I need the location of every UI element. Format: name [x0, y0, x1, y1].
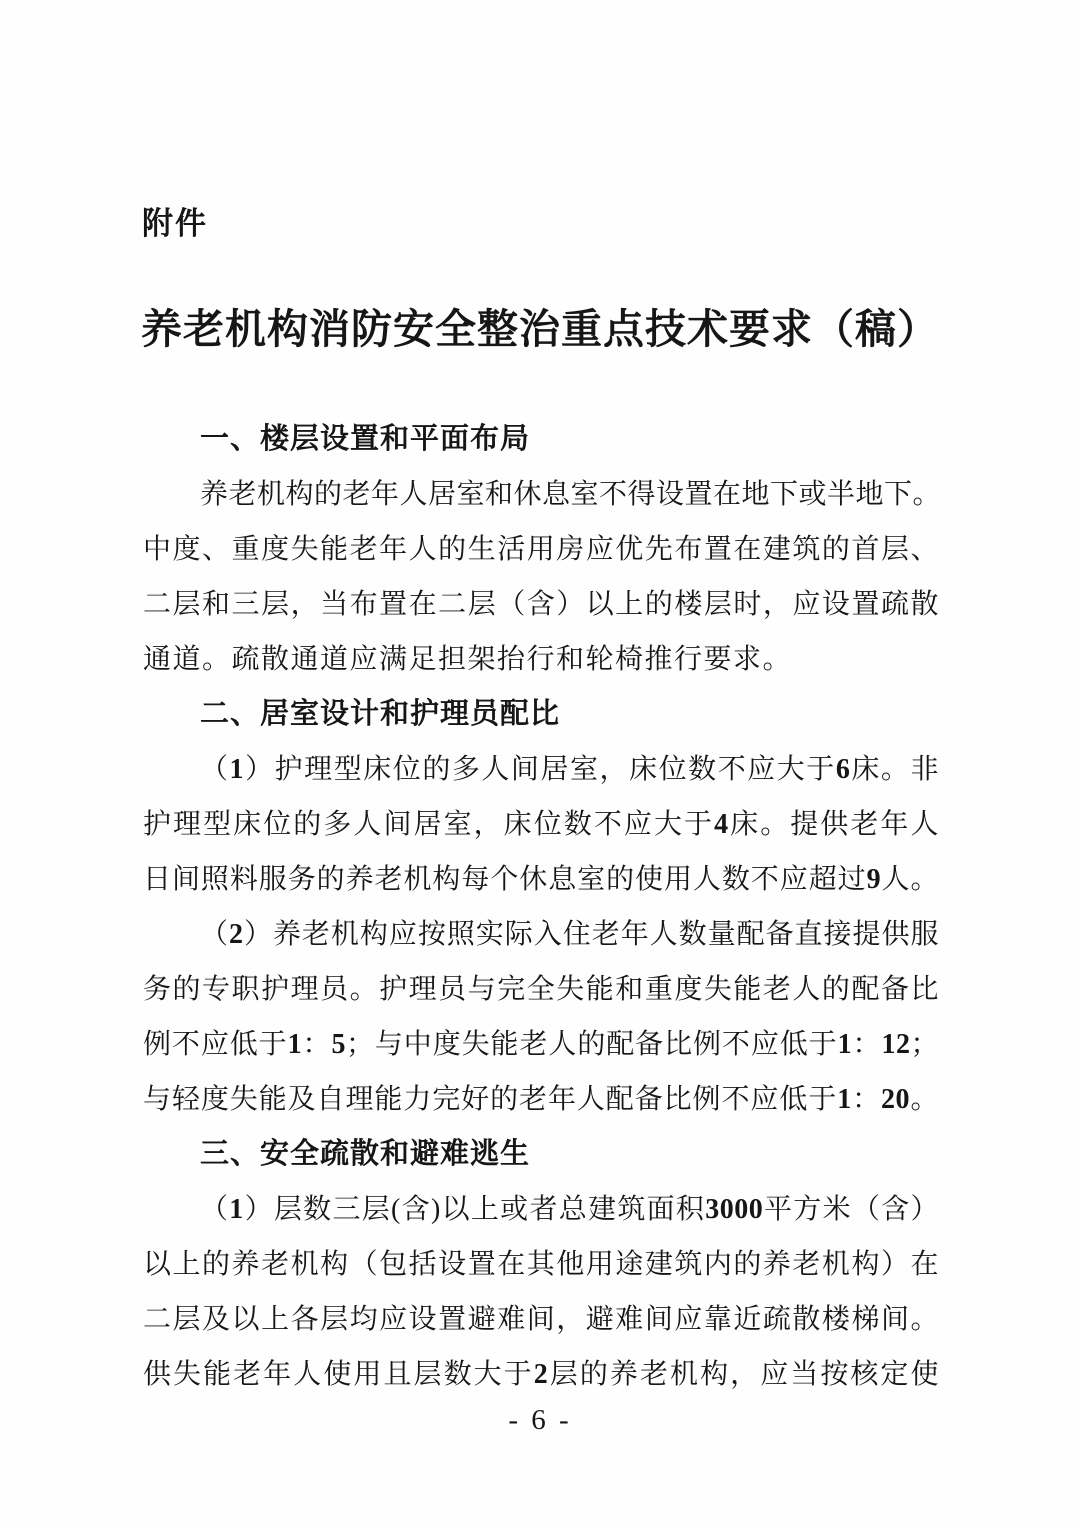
page-number: - 6 - [0, 1404, 1080, 1437]
section-heading-1: 一、楼层设置和平面布局 [143, 412, 939, 467]
paragraph-line: 以上的养老机构（包括设置在其他用途建筑内的养老机构）在 [143, 1237, 939, 1292]
paragraph-line: 通道。疏散通道应满足担架抬行和轮椅推行要求。 [143, 632, 939, 687]
attachment-label: 附件 [142, 198, 208, 243]
paragraph-line: 二层及以上各层均应设置避难间，避难间应靠近疏散楼梯间。 [143, 1292, 939, 1347]
paragraph-line: 养老机构的老年人居室和休息室不得设置在地下或半地下。 [143, 467, 939, 522]
document-body: 一、楼层设置和平面布局 养老机构的老年人居室和休息室不得设置在地下或半地下。 中… [143, 412, 939, 1402]
paragraph-line: 例不应低于1：5；与中度失能老人的配备比例不应低于1：12； [143, 1017, 939, 1072]
paragraph-line: （2）养老机构应按照实际入住老年人数量配备直接提供服 [143, 907, 939, 962]
document-title: 养老机构消防安全整治重点技术要求（稿） [0, 296, 1080, 355]
paragraph-line: （1）护理型床位的多人间居室，床位数不应大于6床。非 [143, 742, 939, 797]
paragraph-line: 务的专职护理员。护理员与完全失能和重度失能老人的配备比 [143, 962, 939, 1017]
paragraph-line: 与轻度失能及自理能力完好的老年人配备比例不应低于1：20。 [143, 1072, 939, 1127]
section-heading-3: 三、安全疏散和避难逃生 [143, 1127, 939, 1182]
paragraph-line: 护理型床位的多人间居室，床位数不应大于4床。提供老年人 [143, 797, 939, 852]
section-heading-2: 二、居室设计和护理员配比 [143, 687, 939, 742]
paragraph-line: 二层和三层，当布置在二层（含）以上的楼层时，应设置疏散 [143, 577, 939, 632]
paragraph-line: 日间照料服务的养老机构每个休息室的使用人数不应超过9人。 [143, 852, 939, 907]
paragraph-line: （1）层数三层(含)以上或者总建筑面积3000平方米（含） [143, 1182, 939, 1237]
document-page: 附件 养老机构消防安全整治重点技术要求（稿） 一、楼层设置和平面布局 养老机构的… [0, 0, 1080, 1528]
paragraph-line: 中度、重度失能老年人的生活用房应优先布置在建筑的首层、 [143, 522, 939, 577]
paragraph-line: 供失能老年人使用且层数大于2层的养老机构，应当按核定使 [143, 1347, 939, 1402]
